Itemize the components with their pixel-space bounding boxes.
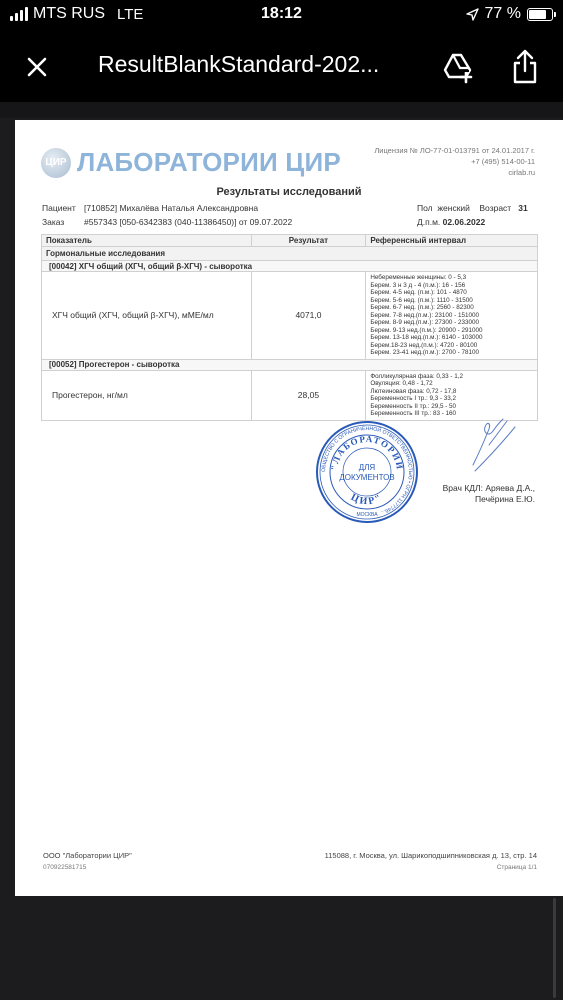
doctor-signature	[445, 415, 525, 475]
scrollbar[interactable]	[553, 898, 556, 998]
patient-label: Пациент	[42, 201, 84, 215]
close-icon[interactable]	[22, 52, 52, 82]
reference-line: Берем. 6-7 нед. (п.м.): 2560 - 82300	[370, 304, 533, 312]
table-row: Прогестерон, нг/мл 28,05 Фолликулярная ф…	[42, 370, 538, 420]
order-value: #557343 [050-6342383 (040-11386450)] от …	[84, 217, 292, 227]
group-row: Гормональные исследования	[42, 247, 538, 261]
doctor-block: Врач КДЛ: Аряева Д.А., Печёрина Е.Ю.	[443, 483, 535, 505]
share-icon[interactable]	[508, 48, 542, 86]
reference-line: Беременность II тр.: 29,5 - 50	[370, 403, 533, 411]
table-row: ХГЧ общий (ХГЧ, общий β-ХГЧ), мМЕ/мл 407…	[42, 272, 538, 360]
license-text: Лицензия № ЛО-77-01-013791 от 24.01.2017…	[374, 145, 535, 156]
reference-line: Беременность I тр.: 9,3 - 33,2	[370, 395, 533, 403]
age-value: 31	[518, 203, 527, 213]
sex-label: Пол	[417, 203, 433, 213]
lab-stamp: ОБЩЕСТВО С ОГРАНИЧЕННОЙ ОТВЕТСТВЕННОСТЬЮ…	[315, 420, 419, 524]
indicator-name: ХГЧ общий (ХГЧ, общий β-ХГЧ), мМЕ/мл	[42, 272, 252, 360]
battery-icon	[527, 8, 553, 21]
reference-line: Лютеиновая фаза: 0,72 - 17,8	[370, 388, 533, 396]
reference-interval: Фолликулярная фаза: 0,33 - 1,2Овуляция: …	[366, 370, 538, 420]
battery-percent: 77 %	[485, 5, 521, 23]
patient-info: Пациент[710852] Михалёва Наталья Алексан…	[42, 201, 292, 229]
order-label: Заказ	[42, 215, 84, 229]
group-title: Гормональные исследования	[42, 247, 538, 261]
sex-value: женский	[437, 203, 470, 213]
footer-right: 115088, г. Москва, ул. Шарикоподшипников…	[325, 850, 537, 874]
license-block: Лицензия № ЛО-77-01-013791 от 24.01.2017…	[374, 145, 535, 178]
lab-logo: ЦИР ЛАБОРАТОРИИ ЦИР	[41, 147, 341, 178]
reference-line: Берем. 3 н 3 д - 4 (п.м.): 16 - 156	[370, 282, 533, 290]
stamp-center-line2: ДОКУМЕНТОВ	[339, 473, 394, 482]
viewer-top-shadow	[0, 102, 563, 118]
reference-line: Овуляция: 0,48 - 1,72	[370, 380, 533, 388]
age-label: Возраст	[479, 203, 511, 213]
reference-line: Берем. 8-9 нед.(п.м.): 27300 - 233000	[370, 319, 533, 327]
result-value: 4071,0	[251, 272, 366, 360]
logo-text: ЛАБОРАТОРИИ ЦИР	[77, 147, 341, 178]
reference-line: Фолликулярная фаза: 0,33 - 1,2	[370, 373, 533, 381]
location-arrow-icon	[466, 8, 479, 21]
patient-info-right: Пол женский Возраст 31 Д.п.м. 02.06.2022	[417, 201, 528, 229]
stamp-city: МОСКВА	[356, 512, 378, 518]
status-right: 77 %	[466, 5, 553, 23]
viewer-toolbar: ResultBlankStandard-202...	[0, 32, 563, 102]
stamp-center-line1: ДЛЯ	[359, 463, 376, 472]
header-result: Результат	[251, 235, 366, 247]
section-row: [00052] Прогестерон - сыворотка	[42, 359, 538, 370]
reference-line: Берем. 7-8 нед.(п.м.): 23100 - 151000	[370, 312, 533, 320]
reference-line: Берем. 23-41 нед.(п.м.): 2700 - 78100	[370, 349, 533, 357]
header-reference: Референсный интервал	[366, 235, 538, 247]
phone-text: +7 (495) 514-00-11	[374, 156, 535, 167]
file-title: ResultBlankStandard-202...	[98, 51, 379, 78]
status-bar: MTS RUS LTE 18:12 77 %	[0, 0, 563, 32]
svg-text:ЦИР": ЦИР"	[349, 492, 385, 508]
lmp-value: 02.06.2022	[443, 217, 486, 227]
section-title: [00052] Прогестерон - сыворотка	[42, 359, 538, 370]
patient-value: [710852] Михалёва Наталья Александровна	[84, 203, 258, 213]
section-row: [00042] ХГЧ общий (ХГЧ, общий β-ХГЧ) - с…	[42, 261, 538, 272]
footer-address: 115088, г. Москва, ул. Шарикоподшипников…	[325, 850, 537, 862]
doctor-line2: Печёрина Е.Ю.	[443, 494, 535, 505]
table-header-row: Показатель Результат Референсный интерва…	[42, 235, 538, 247]
lmp-label: Д.п.м.	[417, 217, 440, 227]
reference-line: Берем.18-23 нед.(п.м.): 4720 - 80100	[370, 342, 533, 350]
reference-line: Берем. 4-5 нед. (п.м.): 101 - 4870	[370, 289, 533, 297]
header-indicator: Показатель	[42, 235, 252, 247]
results-table: Показатель Результат Референсный интерва…	[41, 234, 538, 421]
reference-line: Берем. 13-18 нед.(п.м.): 6140 - 103000	[370, 334, 533, 342]
footer-code: 0709225817­15	[43, 862, 132, 874]
footer-left: ООО "Лаборатории ЦИР" 0709225817­15	[43, 850, 132, 874]
reference-line: Берем. 5-6 нед. (п.м.): 1110 - 31500	[370, 297, 533, 305]
result-value: 28,05	[251, 370, 366, 420]
document-title: Результаты исследований	[15, 186, 563, 198]
battery-level	[529, 10, 546, 19]
reference-interval: Небеременные женщины: 0 - 5,3Берем. 3 н …	[366, 272, 538, 360]
indicator-name: Прогестерон, нг/мл	[42, 370, 252, 420]
footer-page: Страница 1/1	[325, 862, 537, 874]
section-title: [00042] ХГЧ общий (ХГЧ, общий β-ХГЧ) - с…	[42, 261, 538, 272]
stamp-bottom-text: ЦИР"	[349, 492, 385, 508]
doctor-line1: Врач КДЛ: Аряева Д.А.,	[443, 483, 535, 494]
pdf-page: ЦИР ЛАБОРАТОРИИ ЦИР Лицензия № ЛО-77-01-…	[15, 120, 563, 896]
reference-line: Небеременные женщины: 0 - 5,3	[370, 274, 533, 282]
logo-mark-icon: ЦИР	[41, 148, 71, 178]
add-to-drive-icon[interactable]	[440, 50, 476, 84]
website-text: cirlab.ru	[374, 167, 535, 178]
reference-line: Берем. 9-13 нед.(п.м.): 20900 - 291000	[370, 327, 533, 335]
footer-company: ООО "Лаборатории ЦИР"	[43, 850, 132, 862]
